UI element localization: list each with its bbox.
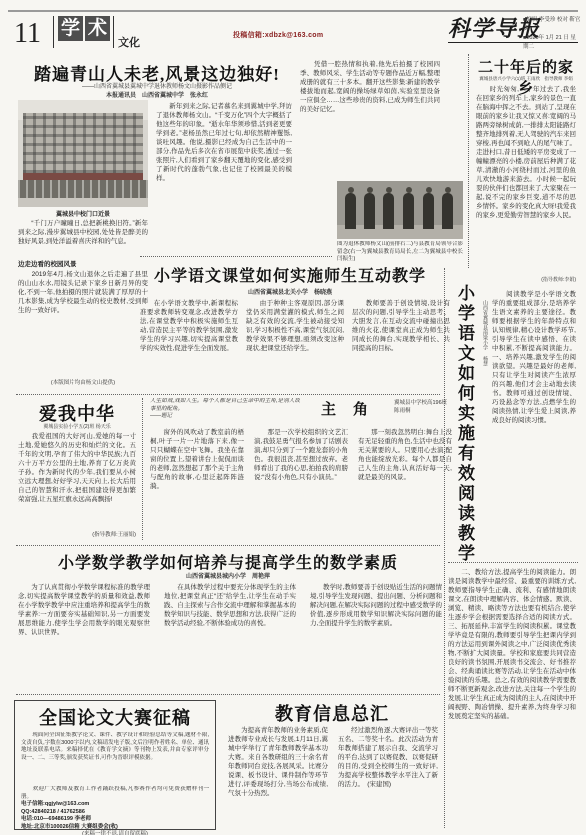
reading-byline-vertical: 山西省翼城县南梁小学 杨慧: [482, 300, 489, 550]
math-byline: 山西省翼城县城内小学 周艳萍: [16, 571, 440, 580]
interactive-col3: 教师要善于创设情境,设计有层次的问题,引导学生主动思考、大胆发言,在互动交流中碰…: [352, 299, 450, 389]
photo-group-caption: 图为退休教师杨文山(前排右二)与县教育局领导合影留念(右一为翼城县教育局局长,左…: [337, 241, 463, 265]
aiwo-attribution: (指导教师:王丽娟): [18, 530, 136, 538]
main-colB: 新年到来之际,记者慕名来到翼城中学,拜访了退休教师杨文山。“千变万化”四个大字概…: [156, 102, 292, 252]
interactive-byline: 山西省翼城县北关小学 杨晓燕: [140, 287, 440, 296]
photo-figure: [442, 193, 453, 229]
hometown-attribution: (指导教师:李娟): [476, 276, 576, 283]
zhujue-epigraph: 人生如戏,戏如人生。每个人都是自己生命中的主角,是别人故事里的配角。 ——题记: [150, 398, 300, 424]
main-colA2: 2019年4月,杨文山退休之后走遍了县里的山山水水,用镜头记录下家乡日新月异的变…: [18, 270, 148, 376]
aiwo-byline: 翼城县实验小学五(2)班 杨天乐: [18, 423, 136, 430]
interactive-headline: 小学语文课堂如何实施师生互动教学: [140, 263, 440, 286]
main-subheadA: 边走边看的校园风景: [18, 259, 148, 268]
essay-call-email: 电子信箱:qgjylw@163.com: [21, 801, 209, 809]
photo-group: [337, 181, 463, 239]
section-char-box-1: 学: [58, 16, 83, 41]
photo-gate-fence: [18, 180, 148, 198]
reading-headline-vertical: 小学语文如何实施有效阅读教学: [452, 284, 477, 564]
divider-aiwo: [142, 398, 143, 540]
divider-right-column-top: [468, 54, 469, 268]
main-colA-attribution: (本版图片均由杨文山提供): [18, 378, 148, 386]
submission-email: 投稿信箱:xdbzk@163.com: [233, 30, 323, 40]
essay-call-p2: 欢迎广大教师及教育工作者踊跃投稿,凡参赛作者均可免费获赠样刊一册。: [21, 786, 209, 799]
essay-call-phone: 电话:010—69486199 李老师: [21, 816, 209, 824]
zhujue-headline: 主 角: [302, 398, 388, 419]
zhujue-col1: 窗外的风吹动了教室前的梧桐,叶子一片一片地落下来,像一只只蝴蝶在空中飞舞。我坐在…: [150, 428, 244, 538]
photo-school-gate: [18, 100, 148, 207]
math-col2: 在具体教学过程中要充分体现学生的主体地位,把课堂真正“还”给学生,让学生在动手实…: [164, 583, 296, 688]
essay-call-note: (来稿一律不退,请自留底稿): [21, 831, 209, 835]
section-char-box-2: 术: [85, 16, 110, 41]
zhujue-col3: 那一刻我忽然明白:舞台上没有无足轻重的角色,生活中也没有无关紧要的人。只要用心去…: [358, 428, 452, 538]
masthead-underline: [448, 42, 578, 43]
math-headline: 小学数学教学如何培养与提高学生的数学素质: [16, 550, 440, 573]
divider-mid-article: [140, 256, 332, 257]
divider-math: [16, 545, 440, 546]
photo-figure: [364, 193, 375, 229]
main-colC: 凭借一腔热情和执着,他先后拍摄了校园四季、教师风采、学生活动等专题作品近万幅,整…: [300, 60, 440, 178]
photo-figure: [383, 193, 394, 229]
photo-figure: [403, 193, 414, 229]
editor-line: ■编辑:李受珍 校对 靳官梦: [523, 16, 581, 34]
hometown-byline: 翼城县唐兴小学六(1)班 王雨欣 指导教师 李娟: [476, 76, 576, 82]
photo-school-caption: 翼城县中校门口近景: [18, 209, 148, 218]
edu-news-col1: 为提高青年教师的业务素质,促进教师专业成长与发展,1月11日,翼城中学举行了青年…: [228, 726, 328, 830]
reading-body-top: 阅读教学是小学语文教学的重要组成部分,是培养学生语文素养的主要途径。教师要根据学…: [492, 290, 576, 556]
page-number: 11: [14, 18, 41, 50]
main-byline: 本报通讯员 山西省翼城中学 张永红: [16, 90, 298, 99]
essay-call-address: 地址:北京市100026信箱 大赛组委会(收): [21, 824, 209, 832]
section-divider-left: [53, 16, 54, 48]
edu-news-col2: 经过激烈角逐,大赛评出一等奖五名、二等奖十名。此次活动为青年教师搭建了展示自我、…: [338, 726, 438, 830]
section-title: 学术: [58, 16, 112, 41]
photo-building: [23, 113, 143, 173]
photo-banner: [23, 173, 143, 180]
math-col1: 为了认真贯彻小学数学课程标准的教学理念,切实提高数学课堂教学的质量和效益,教师在…: [18, 583, 150, 688]
section-divider-right: [113, 16, 114, 48]
essay-call-title: 全国论文大赛征稿: [21, 704, 209, 730]
math-col3: 教学时,教师要善于创设贴近生活的问题情境,引导学生发现问题、提出问题、分析问题和…: [310, 583, 442, 688]
divider-bottom-band: [16, 694, 440, 695]
essay-call-qq: QQ:42840218 / 41762586: [21, 809, 209, 817]
main-colA1: “千门万户曈曈日,总把新桃换旧符。”新年到来之际,漫步翼城县中校园,处处皆是醉美…: [18, 219, 148, 257]
newspaper-page: 11 学术 文化 投稿信箱:xdbzk@163.com 科学导报 ■编辑:李受珍…: [0, 0, 586, 835]
interactive-col1: 在小学语文教学中,新课程标准要求教师转变观念,改进教学方法,在课堂教学中积极实施…: [140, 299, 238, 389]
zhujue-byline: 翼城县中学校高196班 陈雨桐: [394, 400, 456, 415]
main-subtitle: ——山西省翼城县翼城中学退休教师杨文山摄影作品侧记: [16, 81, 298, 90]
photo-figure: [345, 193, 356, 229]
edu-news-headline: 教育信息总汇: [226, 700, 438, 726]
edition-info: ■编辑:李受珍 校对 靳官梦 ■2020年 1月 21 日 星期二: [523, 16, 581, 52]
reading-body-bottom: 二、教给方法,提高学生的阅读能力。朗读是阅读教学中最经常、最重要的训练方式,教师…: [448, 568, 576, 830]
aiwo-body: 我爱祖国的大好河山,爱她的每一寸土地,爱她悠久的历史和灿烂的文化。五千年的文明,…: [18, 432, 136, 528]
hometown-body: 时光匆匆,二十年过去了,我坐在回家乡的列车上,家乡的景色一直在脑海中挥之不去。到…: [476, 85, 576, 275]
zhujue-col2: 那是一次学校组织的文艺汇演,我鼓足勇气报名参加了话剧表演,却只分到了一个跑龙套的…: [254, 428, 348, 538]
photo-ground: [18, 198, 148, 207]
interactive-col2: 由于种种主客观原因,部分课堂仍采用满堂灌的模式,师生之间缺乏有效的交流,学生被动…: [246, 299, 344, 389]
date-line: ■2020年 1月 21 日 星期二: [523, 34, 581, 52]
photo-figure: [423, 193, 434, 229]
section-subtitle: 文化: [118, 34, 140, 50]
essay-call-p1: 现面向全国征集教学论文、课件、教学设计和经验总结等文稿,题材不限,文责自负,字数…: [21, 732, 209, 786]
essay-call-box: 全国论文大赛征稿 现面向全国征集教学论文、课件、教学设计和经验总结等文稿,题材不…: [14, 700, 216, 830]
divider-row3: [16, 394, 440, 395]
